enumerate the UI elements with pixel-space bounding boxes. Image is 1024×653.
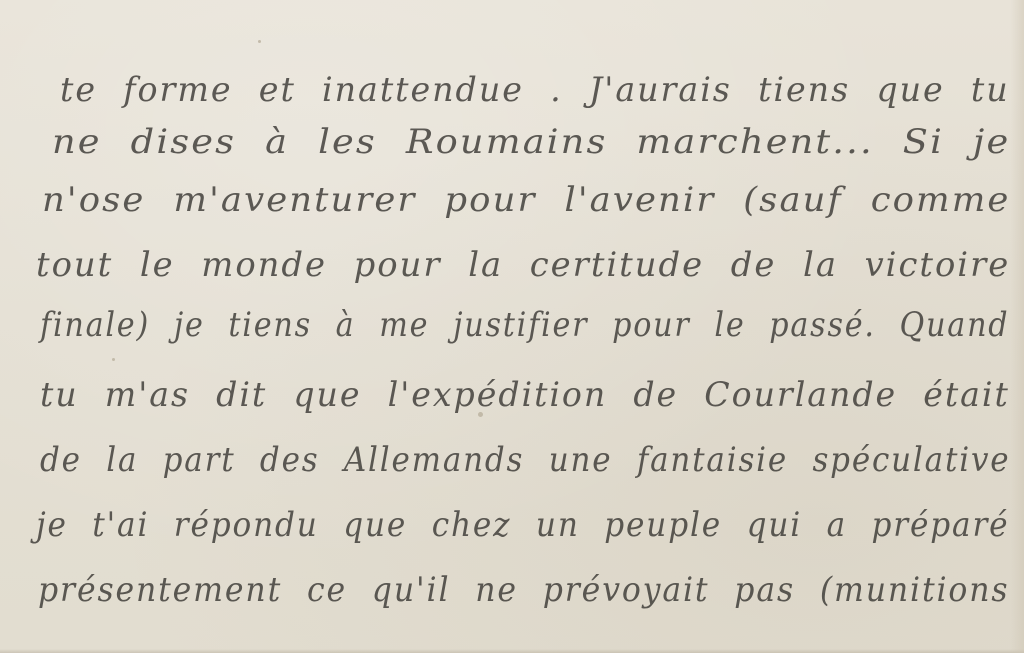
handwritten-line-1: te forme et inattendue . J'aurais tiens … — [60, 70, 902, 110]
handwritten-line-5: finale) je tiens à me justifier pour le … — [40, 305, 1009, 345]
paper-speck — [112, 358, 115, 361]
handwritten-line-7: de la part des Allemands une fantaisie s… — [40, 440, 1010, 480]
handwritten-line-9: présentement ce qu'il ne prévoyait pas (… — [38, 570, 1009, 610]
paper-speck — [258, 40, 261, 43]
paper-speck — [478, 412, 483, 417]
handwritten-line-3: n'ose m'aventurer pour l'avenir (sauf co… — [42, 180, 1010, 220]
handwritten-line-4: tout le monde pour la certitude de la vi… — [36, 245, 1010, 285]
handwritten-line-2: ne dises à les Roumains marchent... Si j… — [52, 122, 1010, 162]
handwritten-letter-page: te forme et inattendue . J'aurais tiens … — [0, 0, 1024, 653]
handwritten-line-8: je t'ai répondu que chez un peuple qui a… — [36, 505, 1009, 545]
handwritten-line-6: tu m'as dit que l'expédition de Courland… — [40, 375, 1010, 415]
